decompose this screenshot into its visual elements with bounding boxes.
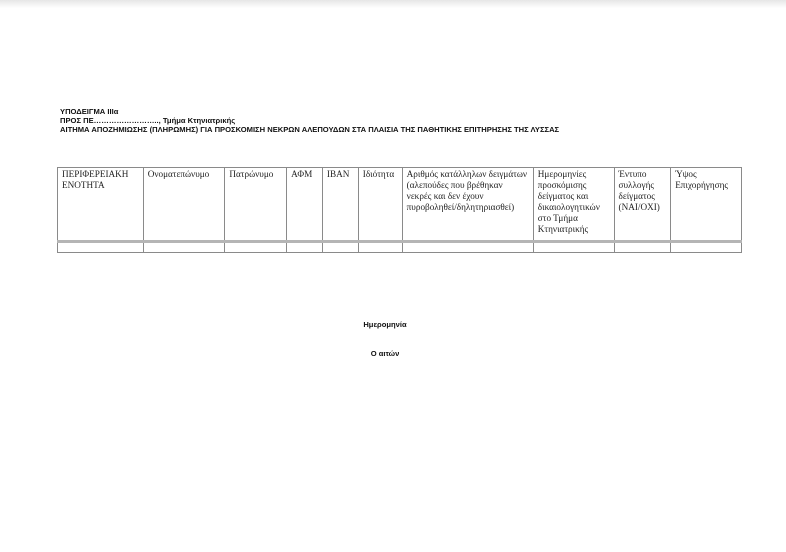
table-cell bbox=[402, 242, 533, 253]
document-heading: ΥΠΟΔΕΙΓΜΑ IIIα ΠΡΟΣ ΠΕ…………………….., Τμήμα … bbox=[60, 108, 559, 134]
table-cell bbox=[58, 242, 144, 253]
table-cell bbox=[322, 242, 358, 253]
column-header-tax-id: ΑΦΜ bbox=[287, 168, 323, 242]
table-cell bbox=[533, 242, 614, 253]
request-title: ΑΙΤΗΜΑ ΑΠΟΖΗΜΙΩΣΗΣ (ΠΛΗΡΩΜΗΣ) ΓΙΑ ΠΡΟΣΚΟ… bbox=[60, 126, 559, 135]
column-header-father-name: Πατρώνυμο bbox=[225, 168, 287, 242]
application-table: ΠΕΡΙΦΕΡΕΙΑΚΗ ΕΝΟΤΗΤΑ Ονοματεπώνυμο Πατρώ… bbox=[57, 167, 742, 253]
table-cell bbox=[614, 242, 671, 253]
column-header-submission-dates: Ημερομηνίες προσκόμισης δείγματος και δι… bbox=[533, 168, 614, 242]
column-header-sample-count: Αριθμός κατάλληλων δειγμάτων (αλεπούδες … bbox=[402, 168, 533, 242]
column-header-collection-form: Έντυπο συλλογής δείγματος (ΝΑΙ/ΟΧΙ) bbox=[614, 168, 671, 242]
viewer-top-shadow bbox=[0, 0, 786, 8]
table-cell bbox=[287, 242, 323, 253]
applicant-label: Ο αιτών bbox=[300, 349, 470, 358]
table-header-row: ΠΕΡΙΦΕΡΕΙΑΚΗ ΕΝΟΤΗΤΑ Ονοματεπώνυμο Πατρώ… bbox=[58, 168, 742, 242]
column-header-grant-amount: Ύψος Επιχορήγησης bbox=[671, 168, 742, 242]
table-cell bbox=[225, 242, 287, 253]
table-cell bbox=[143, 242, 225, 253]
table-cell bbox=[671, 242, 742, 253]
column-header-capacity: Ιδιότητα bbox=[358, 168, 402, 242]
table-row bbox=[58, 242, 742, 253]
table-cell bbox=[358, 242, 402, 253]
column-header-regional-unit: ΠΕΡΙΦΕΡΕΙΑΚΗ ΕΝΟΤΗΤΑ bbox=[58, 168, 144, 242]
column-header-full-name: Ονοματεπώνυμο bbox=[143, 168, 225, 242]
column-header-iban: IBAN bbox=[322, 168, 358, 242]
date-label: Ημερομηνία bbox=[300, 320, 470, 329]
document-page: ΥΠΟΔΕΙΓΜΑ IIIα ΠΡΟΣ ΠΕ…………………….., Τμήμα … bbox=[0, 0, 786, 552]
